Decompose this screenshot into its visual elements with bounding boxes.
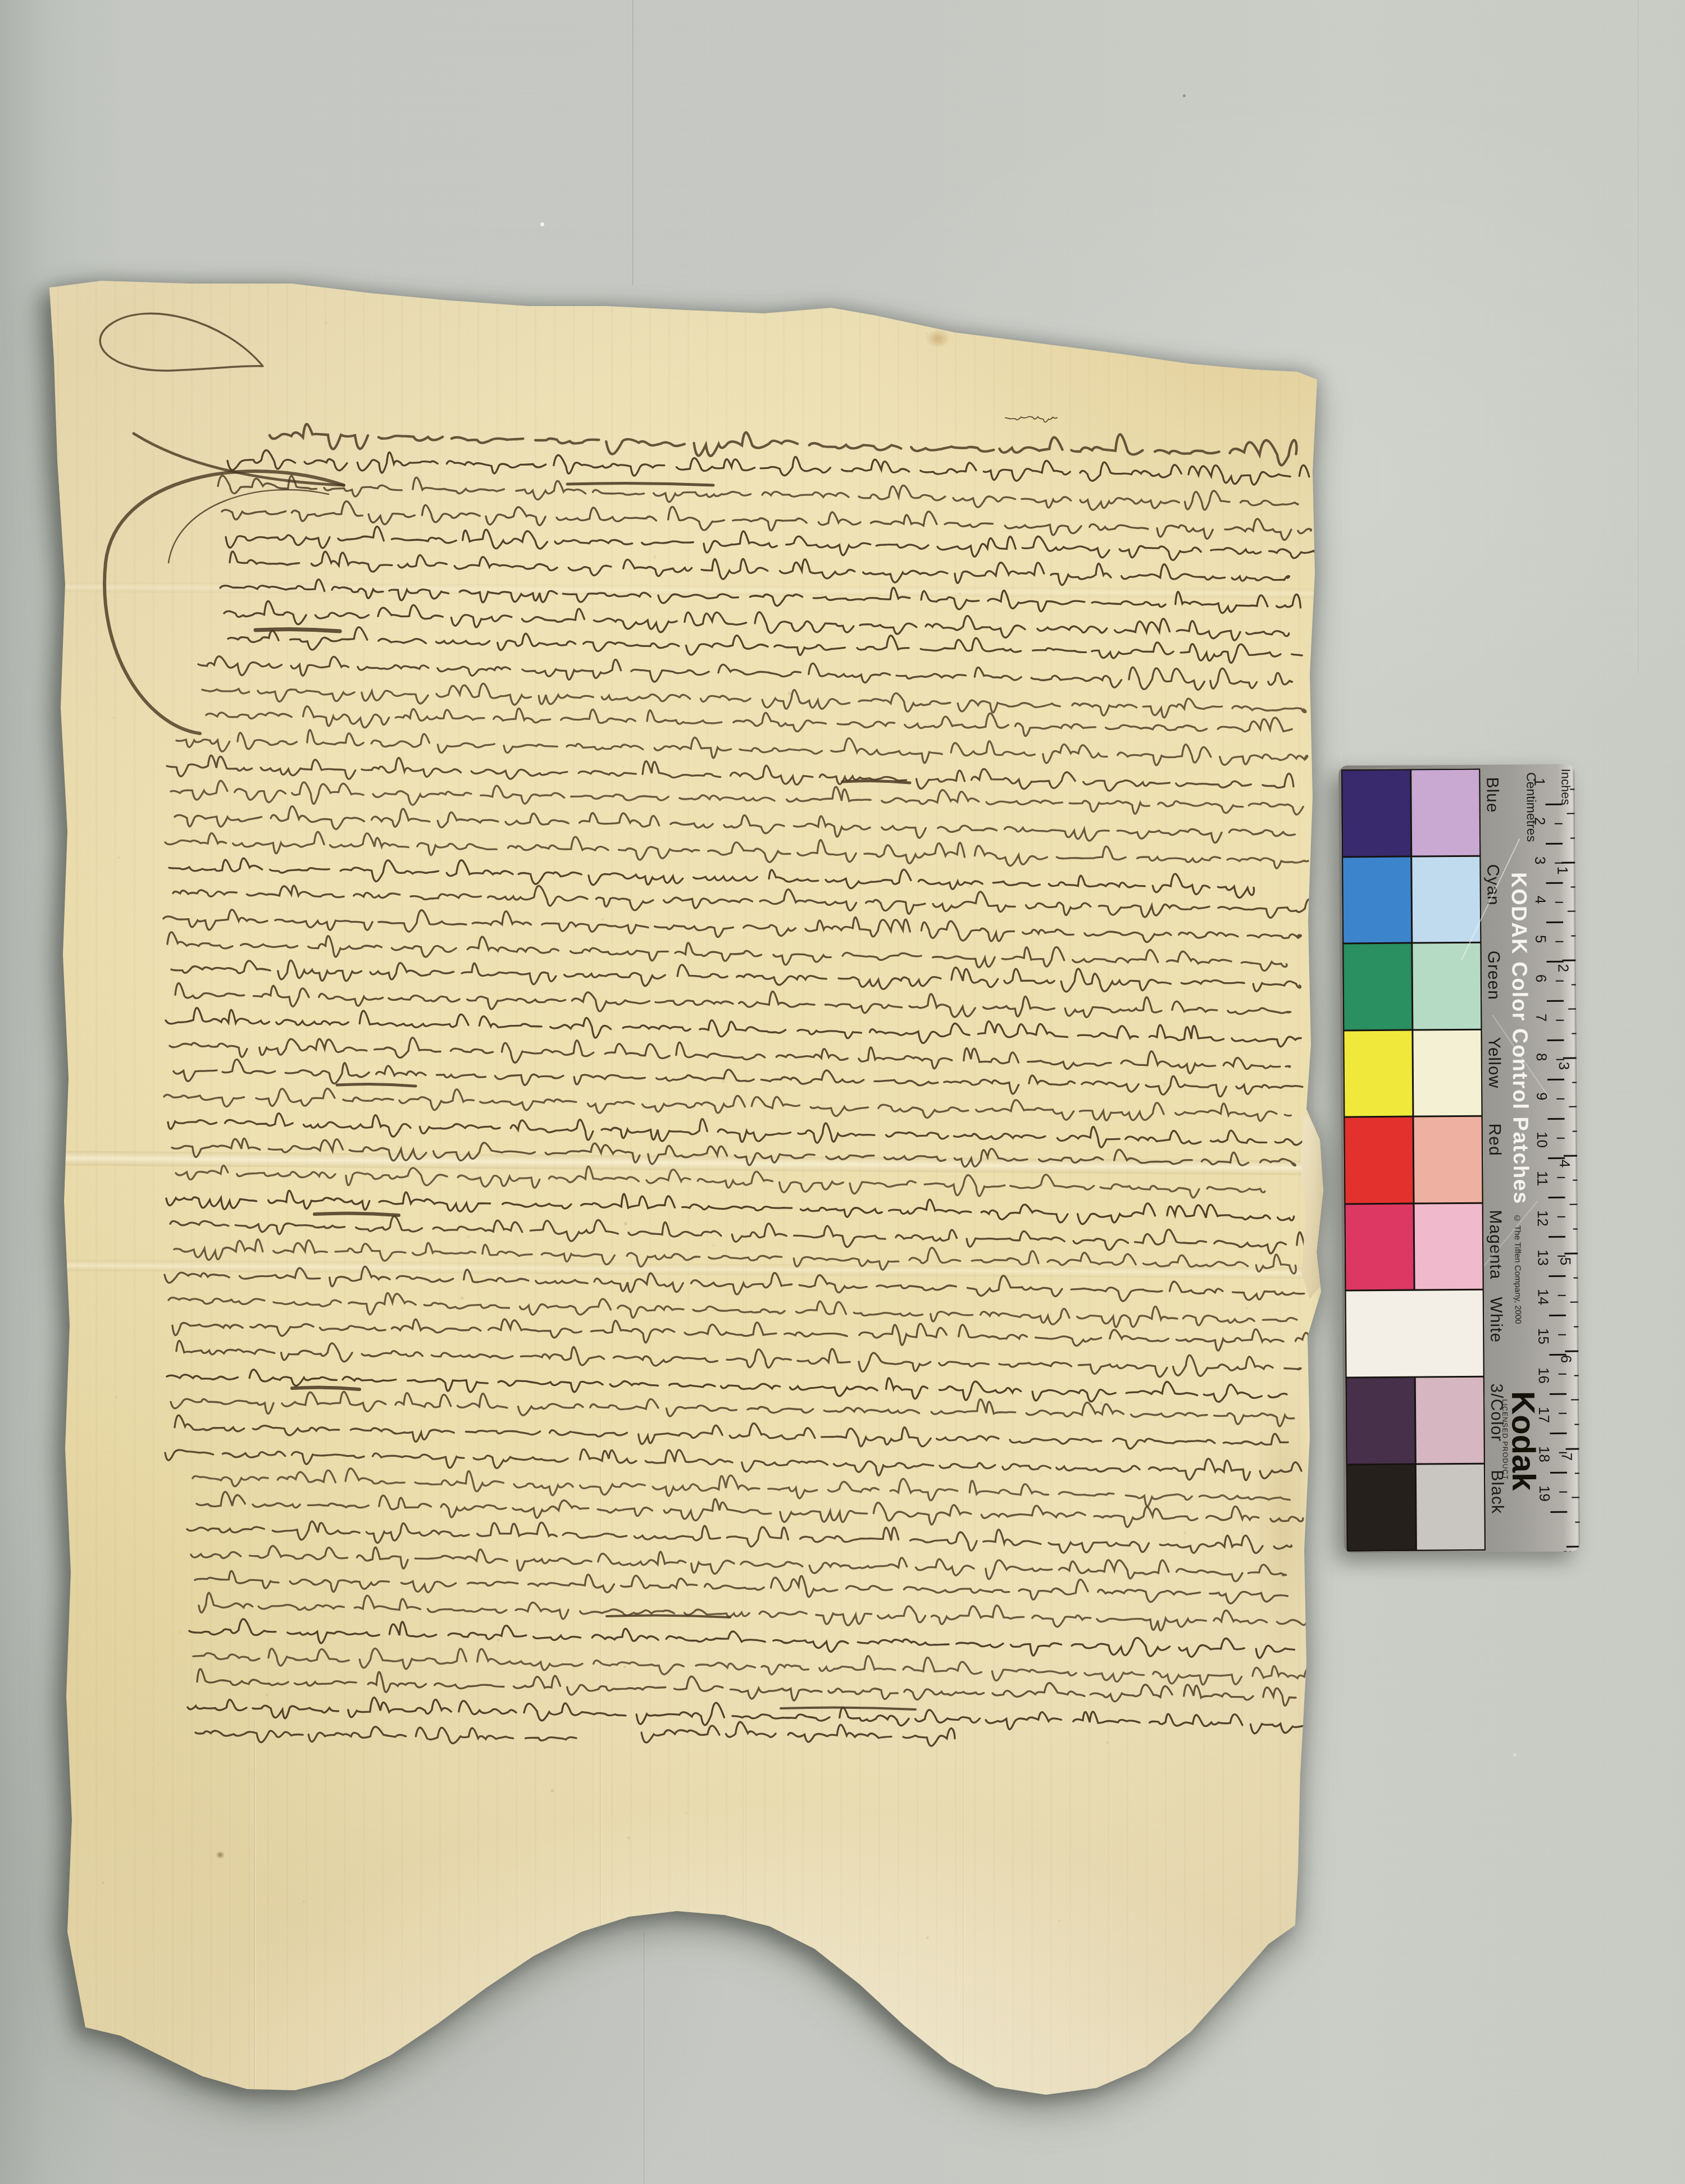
paper-speck [685, 1812, 687, 1814]
ruler-tick [1550, 1393, 1566, 1395]
color-patch-light-blue [1411, 770, 1479, 855]
color-patch-light-black [1417, 1464, 1484, 1549]
ruler-tick [1564, 1253, 1578, 1255]
inch-number: 4 [1556, 1160, 1573, 1182]
ruler-tick [1566, 1448, 1579, 1450]
paper-speck [303, 1900, 304, 1902]
paper-speck [852, 1394, 853, 1396]
cm-number: 7 [1532, 1014, 1550, 1038]
licensed-product-text: LICENSED PRODUCT [1500, 1399, 1509, 1480]
ruler-tick [1555, 941, 1563, 942]
handwritten-line [167, 932, 1287, 971]
ruler-tick [1571, 886, 1576, 887]
paper-speck [158, 1764, 160, 1766]
inches-label: Inches [1559, 769, 1573, 805]
handwritten-line [191, 1546, 1286, 1581]
paper-speck [607, 407, 608, 408]
handwritten-line [164, 1088, 1291, 1121]
handwritten-line [173, 886, 1310, 918]
handwritten-line [222, 501, 1311, 540]
ruler-tick [1549, 1236, 1565, 1238]
color-patch-light-magenta [1415, 1204, 1483, 1289]
cm-number: 17 [1535, 1407, 1552, 1431]
paper-speck [1246, 1307, 1248, 1309]
handwritten-line [175, 806, 1295, 843]
paper-speck [788, 692, 791, 695]
patch-label-red: Red [1484, 1124, 1505, 1202]
ruler-tick [1574, 1424, 1579, 1425]
paper-speck [488, 809, 489, 810]
ruler-tick [1557, 1138, 1565, 1139]
paper-speck [926, 332, 928, 334]
ink-dash [567, 483, 713, 485]
paper-speck [461, 1297, 463, 1300]
handwritten-line [174, 1059, 1303, 1096]
handwritten-line [176, 1165, 1265, 1197]
ruler-tick [1571, 935, 1576, 936]
color-patch-green [1344, 944, 1411, 1029]
ruler-tick [1573, 1277, 1578, 1278]
paper-speck [722, 1080, 725, 1083]
patch-row-white [1346, 1291, 1483, 1376]
ruler-tick [1575, 1472, 1580, 1474]
color-patch-light-cyan [1412, 856, 1480, 942]
patch-label-yellow: Yellow [1483, 1037, 1504, 1115]
ink-dash [607, 1615, 730, 1617]
handwritten-line [218, 476, 1298, 510]
cm-number: 15 [1534, 1328, 1552, 1353]
paper-speck [624, 1222, 627, 1225]
ruler-tick [1546, 843, 1563, 845]
paper-speck [818, 1472, 821, 1475]
ruler-tick [1573, 1130, 1578, 1132]
patch-label-blue: Blue [1481, 777, 1502, 855]
handwritten-line [163, 910, 1301, 942]
handwritten-line [195, 1727, 576, 1744]
paper-speck [604, 1462, 606, 1464]
handwritten-line [202, 683, 1306, 718]
ruler-tick [1547, 1000, 1564, 1002]
handwritten-line [195, 1571, 1296, 1603]
ruler-tick [1558, 1256, 1565, 1257]
paper-speck [602, 918, 604, 920]
handwritten-line [193, 1469, 1290, 1506]
ink-dash [337, 1084, 416, 1086]
color-patch-magenta [1346, 1204, 1414, 1289]
paper-speck [836, 1656, 837, 1657]
ruler-tick [1547, 961, 1564, 963]
handwritten-line [174, 1239, 1296, 1274]
paper-speck [467, 1235, 470, 1238]
handwritten-line [227, 450, 1309, 485]
paper-speck [102, 1881, 104, 1884]
handwritten-line [167, 1370, 1287, 1402]
ruler-tick [1556, 1059, 1564, 1060]
ruler-tick [1572, 1082, 1577, 1083]
paper-speck [1212, 983, 1213, 984]
handwritten-line [228, 627, 1302, 663]
ruler-tick [1547, 1039, 1564, 1041]
ink-dash [842, 781, 910, 783]
ruler-tick [1548, 1118, 1565, 1120]
photograph-of-manuscript: BlueCyanGreenYellowRedMagentaWhite3/Colo… [0, 0, 1685, 2184]
cm-number: 19 [1536, 1485, 1553, 1510]
cm-number: 18 [1536, 1446, 1553, 1471]
paper-speck [1100, 1402, 1103, 1405]
handwritten-line [641, 1722, 955, 1746]
color-patch-blue [1342, 770, 1410, 856]
kodak-logo: Kodak [1508, 1391, 1542, 1491]
ruler-tick [1569, 1106, 1577, 1107]
paper-speck [679, 377, 680, 378]
color-patch-white [1346, 1291, 1483, 1376]
ruler-tick [1558, 1216, 1565, 1218]
cm-number: 5 [1532, 935, 1549, 960]
paper-speck [921, 320, 923, 323]
cm-number: 16 [1535, 1367, 1552, 1392]
ruler-tick [1558, 1334, 1566, 1335]
initial-flourish [100, 313, 263, 371]
ruler-tick [1550, 1511, 1567, 1513]
ruler-tick [1570, 1302, 1578, 1303]
handwritten-line [171, 1392, 1303, 1426]
handwritten-line [197, 1669, 1296, 1706]
ruler-tick [1550, 1433, 1566, 1434]
handwritten-line [189, 1619, 1295, 1658]
handwritten-line [199, 1593, 1306, 1630]
color-patch-grid [1341, 769, 1486, 1552]
paper-speck [943, 436, 945, 437]
patch-row-green [1344, 943, 1481, 1029]
initial-flourish [168, 490, 329, 563]
handwritten-line [175, 983, 1291, 1018]
color-patch-light-red [1414, 1117, 1482, 1202]
paper-speck [1036, 630, 1038, 631]
inch-number: 7 [1558, 1453, 1575, 1475]
ruler-tick [1568, 911, 1575, 912]
ruler-tick [1559, 1492, 1567, 1493]
paper-speck [968, 885, 971, 888]
color-patch-black [1347, 1465, 1415, 1550]
paper-speck [957, 1334, 960, 1338]
paper-speck [788, 462, 789, 463]
patch-row-black [1347, 1464, 1484, 1550]
ink-dash [292, 1387, 359, 1389]
inch-number: 2 [1555, 964, 1572, 987]
paper-speck [1163, 1083, 1166, 1086]
color-patch-3color [1347, 1378, 1415, 1463]
paper-speck [348, 1921, 350, 1922]
ruler-tick [1546, 922, 1563, 923]
cm-number: 10 [1533, 1132, 1551, 1156]
paper-speck [989, 1909, 991, 1911]
paper-speck [1150, 344, 1151, 345]
handwritten-line [175, 1415, 1299, 1449]
paper-speck [562, 460, 563, 462]
paper-speck [958, 592, 961, 595]
ink-dash [256, 629, 340, 631]
ruler-tick [1548, 1157, 1565, 1159]
paper-speck [653, 555, 657, 559]
ruler-tick [1549, 1315, 1566, 1316]
paper-speck [342, 469, 344, 472]
paper-speck [266, 1694, 268, 1696]
cm-number: 1 [1531, 778, 1548, 803]
paper-speck [1039, 1472, 1042, 1475]
inch-number: 1 [1554, 867, 1571, 889]
ruler-tick [1563, 1057, 1577, 1059]
patch-row-3color [1347, 1378, 1484, 1463]
paper-speck [298, 1415, 299, 1416]
ruler-tick [1575, 1521, 1580, 1522]
paper-speck [398, 1146, 400, 1148]
cm-number: 6 [1532, 974, 1550, 999]
ruler-tick [1570, 788, 1575, 790]
ruler-tick [1559, 1413, 1566, 1414]
paper-speck [352, 1487, 353, 1488]
color-patch-red [1345, 1118, 1413, 1203]
handwritten-line [1005, 416, 1057, 422]
patch-label-magenta: Magenta [1484, 1210, 1505, 1288]
ruler-tick [1558, 1295, 1566, 1296]
handwritten-line [198, 656, 1292, 690]
color-patch-light-3color [1416, 1378, 1484, 1463]
handwritten-line [188, 1698, 1309, 1734]
patch-row-red [1345, 1117, 1482, 1203]
paper-speck [712, 1244, 715, 1247]
paper-speck [113, 717, 115, 719]
paper-speck [696, 1400, 699, 1402]
handwritten-line [166, 1191, 1294, 1224]
ruler-tick [1572, 1497, 1579, 1498]
paper-speck [623, 767, 625, 768]
patch-label-white: White [1485, 1297, 1506, 1375]
paper-speck [1028, 1209, 1031, 1212]
paper-speck [497, 1639, 500, 1642]
handwritten-line [172, 1138, 1296, 1166]
paper-speck [1184, 1531, 1186, 1534]
paper-speck [118, 857, 120, 859]
paper-speck [787, 1710, 789, 1711]
cm-number: 3 [1531, 856, 1549, 881]
paper-speck [216, 1478, 219, 1481]
paper-speck [763, 1406, 766, 1409]
handwritten-line [226, 527, 1327, 560]
patch-label-black: Black [1486, 1470, 1507, 1548]
ruler-tick [1563, 960, 1576, 961]
paper-speck [926, 1936, 929, 1939]
handwritten-line [172, 1319, 1310, 1351]
handwritten-line [170, 1038, 1290, 1074]
cm-number: 4 [1532, 896, 1549, 920]
ruler-tick [1565, 1351, 1578, 1352]
paper-speck [1183, 829, 1187, 832]
paper-speck [844, 1319, 845, 1320]
handwritten-line [176, 1341, 1301, 1376]
ruler-tick [1564, 1155, 1577, 1157]
paper-speck [907, 1408, 909, 1410]
ruler-tick [1573, 1179, 1578, 1180]
paper-speck [1059, 1920, 1060, 1922]
handwritten-line [171, 960, 1301, 992]
handwritten-line [170, 1216, 1309, 1253]
paper-speck [1130, 1638, 1131, 1639]
color-patch-yellow [1344, 1031, 1412, 1116]
handwritten-line [193, 1648, 1309, 1684]
ruler-tick [1570, 837, 1575, 838]
ruler-tick [1574, 1375, 1579, 1376]
cm-number: 14 [1534, 1289, 1552, 1314]
patch-row-yellow [1344, 1030, 1481, 1116]
handwritten-line [169, 858, 1254, 897]
cm-number: 12 [1534, 1210, 1551, 1235]
paper-speck [116, 1396, 118, 1398]
ruler-tick [1555, 823, 1563, 824]
ruler-tick [1566, 1546, 1580, 1548]
ruler-tick [1548, 1197, 1565, 1198]
ruler-tick [1555, 902, 1563, 903]
paper-speck [1189, 1593, 1192, 1596]
paper-speck [179, 1631, 181, 1634]
patch-row-blue [1342, 770, 1479, 856]
paper-speck [627, 1836, 630, 1839]
ruler-tick [1561, 862, 1575, 864]
kodak-color-control-card: BlueCyanGreenYellowRedMagentaWhite3/Colo… [1338, 764, 1580, 1553]
handwritten-line [167, 755, 1294, 791]
ruler-tick [1556, 1098, 1564, 1100]
ruler-tick [1567, 813, 1575, 814]
ruler-tick [1573, 1228, 1578, 1229]
cm-number: 8 [1533, 1053, 1550, 1078]
inch-number: 3 [1555, 1062, 1573, 1084]
paper-speck [623, 1666, 626, 1668]
handwritten-line [165, 1266, 1316, 1301]
patch-label-cyan: Cyan [1482, 864, 1502, 942]
ruler-tick [1546, 804, 1563, 805]
cm-number: 13 [1534, 1250, 1551, 1274]
paper-speck [1106, 1741, 1109, 1744]
handwritten-line [165, 1449, 1301, 1480]
paper-speck [108, 329, 110, 330]
color-patch-light-yellow [1413, 1030, 1481, 1115]
ink-dash [315, 1213, 399, 1215]
paper-speck [1143, 714, 1146, 717]
paper-speck [399, 1026, 400, 1028]
ruler-tick [1571, 1399, 1579, 1401]
color-patch-cyan [1343, 857, 1411, 942]
paper-speck [324, 321, 327, 325]
ruler-tick [1572, 1033, 1577, 1034]
patch-row-cyan [1343, 856, 1480, 942]
handwritten-line [206, 706, 1292, 736]
handwritten-line [165, 832, 1308, 868]
cm-number: 11 [1533, 1171, 1551, 1196]
card-title: KODAK Color Control Patches [1505, 872, 1532, 1205]
ruler-tick [1574, 1326, 1579, 1327]
paper-speck [416, 668, 417, 669]
ruler-tick [1556, 1020, 1564, 1021]
paper-speck [551, 1789, 554, 1792]
ruler-tick [1570, 1204, 1578, 1205]
handwritten-line [224, 601, 1289, 640]
cm-number: 2 [1531, 817, 1549, 842]
ruler-tick [1572, 984, 1577, 985]
ruler-tick [1568, 1009, 1576, 1010]
inch-number: 6 [1557, 1355, 1574, 1378]
handwritten-line [176, 730, 1308, 765]
handwritten-line [166, 1008, 1301, 1047]
paper-speck [705, 1187, 706, 1188]
handwritten-line [270, 424, 1296, 465]
ink-dash [781, 1707, 916, 1709]
color-patch-light-green [1413, 943, 1481, 1029]
inch-number: 5 [1556, 1257, 1574, 1280]
patch-row-magenta [1346, 1204, 1483, 1290]
